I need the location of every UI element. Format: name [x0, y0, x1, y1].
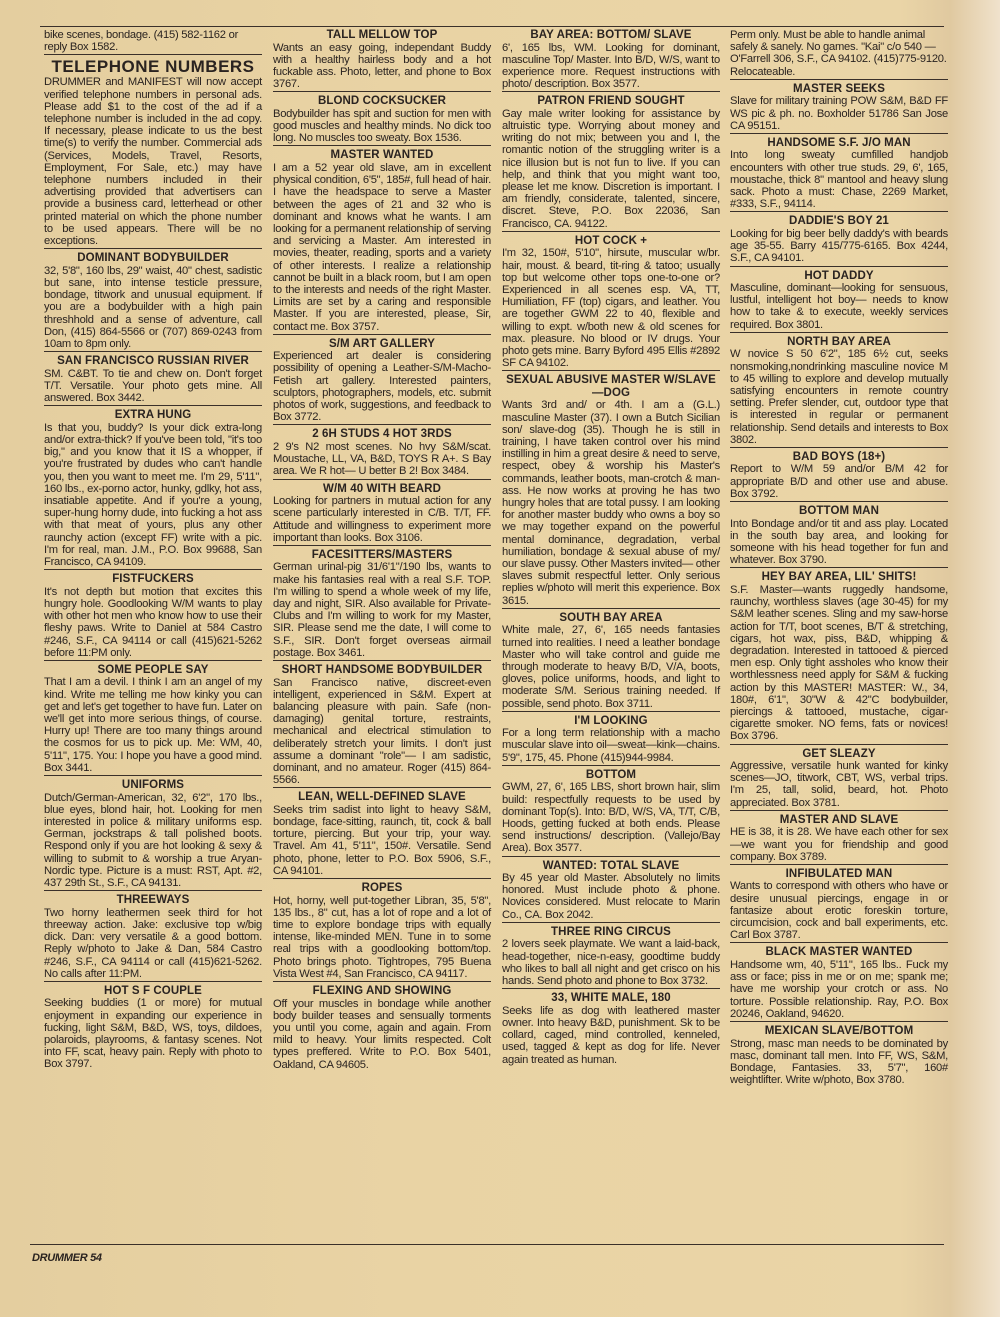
ad-body: Wants to correspond with others who have…: [730, 880, 948, 941]
ad-headline: NORTH BAY AREA: [730, 336, 948, 349]
ad-body: Off your muscles in bondage while anothe…: [273, 998, 491, 1071]
ad-headline: BAY AREA: BOTTOM/ SLAVE: [502, 29, 720, 42]
ad-headline: UNIFORMS: [44, 779, 262, 792]
ad-body: W novice S 50 6'2", 185 6½ cut, seeks no…: [730, 348, 948, 446]
ad-body: Wants 3rd and/ or 4th. I am a (G.L.) mas…: [502, 399, 720, 606]
classified-ad: HANDSOME S.F. J/O MANInto long sweaty cu…: [730, 136, 948, 213]
ad-headline: PATRON FRIEND SOUGHT: [502, 95, 720, 108]
ad-headline: SOME PEOPLE SAY: [44, 664, 262, 677]
column-1: bike scenes, bondage. (415) 582-1162 or …: [44, 28, 262, 1074]
ad-body: Perm only. Must be able to handle animal…: [730, 29, 948, 78]
classified-ad: BLACK MASTER WANTEDHandsome wm, 40, 5'11…: [730, 945, 948, 1022]
classified-ad: DADDIE'S BOY 21Looking for big beer bell…: [730, 214, 948, 266]
ad-body: White male, 27, 6', 165 needs fantasies …: [502, 624, 720, 709]
classified-ad: LEAN, WELL-DEFINED SLAVESeeks trim sadis…: [273, 790, 491, 879]
ad-headline: W/M 40 WITH BEARD: [273, 483, 491, 496]
classified-ad: BOTTOMGWM, 27, 6', 165 LBS, short brown …: [502, 768, 720, 857]
ad-headline: HOT S F COUPLE: [44, 985, 262, 998]
ad-headline: SOUTH BAY AREA: [502, 612, 720, 625]
ad-headline: 33, WHITE MALE, 180: [502, 992, 720, 1005]
classified-ad: BOTTOM MANInto Bondage and/or tit and as…: [730, 504, 948, 568]
classified-ad: 33, WHITE MALE, 180Seeks life as dog wit…: [502, 991, 720, 1067]
ad-headline: THREEWAYS: [44, 894, 262, 907]
bottom-rule: [30, 1244, 944, 1245]
ad-headline: 2 6H STUDS 4 HOT 3RDS: [273, 428, 491, 441]
ad-headline: ROPES: [273, 882, 491, 895]
ad-body: German urinal-pig 31/6'1"/190 lbs, wants…: [273, 561, 491, 659]
classified-ad: FISTFUCKERSIt's not depth but motion tha…: [44, 572, 262, 661]
classified-ad: THREEWAYSTwo horny leathermen seek third…: [44, 893, 262, 982]
classified-ad: GET SLEAZYAggressive, versatile hunk wan…: [730, 747, 948, 811]
column-2: TALL MELLOW TOPWants an easy going, inde…: [273, 28, 491, 1074]
classified-ad: TALL MELLOW TOPWants an easy going, inde…: [273, 28, 491, 92]
ad-headline: BAD BOYS (18+): [730, 451, 948, 464]
ad-headline: SHORT HANDSOME BODYBUILDER: [273, 664, 491, 677]
ad-body: Into long sweaty cumfilled handjob encou…: [730, 149, 948, 210]
ad-headline: WANTED: TOTAL SLAVE: [502, 860, 720, 873]
ad-headline: EXTRA HUNG: [44, 409, 262, 422]
ad-headline: SEXUAL ABUSIVE MASTER W/SLAVE—DOG: [502, 374, 720, 399]
classified-ad: S/M ART GALLERYExperienced art dealer is…: [273, 337, 491, 426]
classified-ad: UNIFORMSDutch/German-American, 32, 6'2",…: [44, 778, 262, 891]
classified-ad: MASTER WANTEDI am a 52 year old slave, a…: [273, 148, 491, 334]
ad-body: S.F. Master—wants ruggedly handsome, rau…: [730, 584, 948, 743]
classified-ad: HOT COCK +I'm 32, 150#, 5'10", hirsute, …: [502, 234, 720, 372]
top-rule: [40, 26, 944, 27]
ad-headline: FLEXING AND SHOWING: [273, 985, 491, 998]
classified-ad: W/M 40 WITH BEARDLooking for partners in…: [273, 482, 491, 546]
ad-body: Two horny leathermen seek third for hot …: [44, 907, 262, 980]
ad-body: Gay male writer looking for assistance b…: [502, 108, 720, 230]
ad-headline: DADDIE'S BOY 21: [730, 215, 948, 228]
classified-ad: SOUTH BAY AREAWhite male, 27, 6', 165 ne…: [502, 611, 720, 712]
ad-body: Is that you, buddy? Is your dick extra-l…: [44, 422, 262, 568]
classified-ad: bike scenes, bondage. (415) 582-1162 or …: [44, 28, 262, 55]
ad-body: Slave for military training POW S&M, B&D…: [730, 95, 948, 132]
classified-ad: HEY BAY AREA, LIL' SHITS!S.F. Master—wan…: [730, 570, 948, 744]
ad-body: GWM, 27, 6', 165 LBS, short brown hair, …: [502, 781, 720, 854]
ad-headline: FISTFUCKERS: [44, 573, 262, 586]
classified-ad: SHORT HANDSOME BODYBUILDERSan Francisco …: [273, 663, 491, 788]
classified-ad: ROPESHot, horny, well put-together Libra…: [273, 881, 491, 982]
classified-ad: MASTER AND SLAVEHE is 38, it is 28. We h…: [730, 813, 948, 865]
ad-body: Aggressive, versatile hunk wanted for ki…: [730, 760, 948, 809]
classified-ad: SAN FRANCISCO RUSSIAN RIVERSM. C&BT. To …: [44, 354, 262, 406]
ad-body: It's not depth but motion that excites t…: [44, 586, 262, 659]
ad-body: 6', 165 lbs, WM. Looking for dominant, m…: [502, 42, 720, 91]
classified-ad: FLEXING AND SHOWINGOff your muscles in b…: [273, 984, 491, 1072]
magazine-page: bike scenes, bondage. (415) 582-1162 or …: [40, 8, 940, 1258]
ad-body: That I am a devil. I think I am an angel…: [44, 676, 262, 774]
ad-headline: BLACK MASTER WANTED: [730, 946, 948, 959]
ad-body: 32, 5'8", 160 lbs, 29" waist, 40" chest,…: [44, 265, 262, 350]
classified-ad: 2 6H STUDS 4 HOT 3RDS2 9's N2 most scene…: [273, 427, 491, 479]
ad-headline: BOTTOM MAN: [730, 505, 948, 518]
ad-headline: BOTTOM: [502, 769, 720, 782]
ad-body: Looking for big beer belly daddy's with …: [730, 228, 948, 265]
classified-ad: MEXICAN SLAVE/BOTTOMStrong, masc man nee…: [730, 1024, 948, 1087]
classified-ad: PATRON FRIEND SOUGHTGay male writer look…: [502, 94, 720, 232]
ad-body: Handsome wm, 40, 5'11", 165 lbs.. Fuck m…: [730, 959, 948, 1020]
classified-ad: EXTRA HUNGIs that you, buddy? Is your di…: [44, 408, 262, 570]
ad-headline: MEXICAN SLAVE/BOTTOM: [730, 1025, 948, 1038]
ad-headline: DOMINANT BODYBUILDER: [44, 252, 262, 265]
classified-ad: MASTER SEEKSSlave for military training …: [730, 82, 948, 134]
ad-body: Masculine, dominant—looking for sensuous…: [730, 282, 948, 331]
classified-ad: THREE RING CIRCUS2 lovers seek playmate.…: [502, 925, 720, 989]
classified-ad: Perm only. Must be able to handle animal…: [730, 28, 948, 80]
ad-headline: HANDSOME S.F. J/O MAN: [730, 137, 948, 150]
ad-body: DRUMMER and MANIFEST will now accept ver…: [44, 76, 262, 247]
ad-headline: S/M ART GALLERY: [273, 338, 491, 351]
classified-ad: FACESITTERS/MASTERSGerman urinal-pig 31/…: [273, 548, 491, 661]
classified-ad: HOT S F COUPLESeeking buddies (1 or more…: [44, 984, 262, 1072]
ad-headline: HOT DADDY: [730, 270, 948, 283]
ad-body: SM. C&BT. To tie and chew on. Don't forg…: [44, 368, 262, 405]
ad-body: Looking for partners in mutual action fo…: [273, 495, 491, 544]
ad-body: By 45 year old Master. Absolutely no lim…: [502, 872, 720, 921]
ad-body: 2 9's N2 most scenes. No hvy S&M/scat. M…: [273, 441, 491, 478]
ad-headline: INFIBULATED MAN: [730, 868, 948, 881]
column-3: BAY AREA: BOTTOM/ SLAVE6', 165 lbs, WM. …: [502, 28, 720, 1069]
classified-ad: I'M LOOKINGFor a long term relationship …: [502, 714, 720, 766]
ad-body: HE is 38, it is 28. We have each other f…: [730, 826, 948, 863]
ad-headline: MASTER SEEKS: [730, 83, 948, 96]
ad-body: Strong, masc man needs to be dominated b…: [730, 1038, 948, 1087]
ad-headline: MASTER AND SLAVE: [730, 814, 948, 827]
classified-ad: BAD BOYS (18+)Report to W/M 59 and/or B/…: [730, 450, 948, 502]
ad-headline: LEAN, WELL-DEFINED SLAVE: [273, 791, 491, 804]
ad-headline: BLOND COCKSUCKER: [273, 95, 491, 108]
classified-ad: BAY AREA: BOTTOM/ SLAVE6', 165 lbs, WM. …: [502, 28, 720, 92]
page-footer: DRUMMER 54: [32, 1252, 102, 1264]
ad-headline: MASTER WANTED: [273, 149, 491, 162]
column-4: Perm only. Must be able to handle animal…: [730, 28, 948, 1089]
ad-headline: I'M LOOKING: [502, 715, 720, 728]
ad-body: 2 lovers seek playmate. We want a laid-b…: [502, 938, 720, 987]
ad-body: Into Bondage and/or tit and ass play. Lo…: [730, 518, 948, 567]
ad-body: Wants an easy going, independant Buddy w…: [273, 42, 491, 91]
ad-headline: HOT COCK +: [502, 235, 720, 248]
ad-headline: GET SLEAZY: [730, 748, 948, 761]
ad-body: Experienced art dealer is considering po…: [273, 350, 491, 423]
ad-body: For a long term relationship with a mach…: [502, 727, 720, 764]
ad-body: bike scenes, bondage. (415) 582-1162 or …: [44, 29, 262, 53]
classified-ad: DOMINANT BODYBUILDER32, 5'8", 160 lbs, 2…: [44, 251, 262, 352]
ad-body: Seeks life as dog with leathered master …: [502, 1005, 720, 1066]
ad-body: Report to W/M 59 and/or B/M 42 for appro…: [730, 463, 948, 500]
ad-body: Dutch/German-American, 32, 6'2", 170 lbs…: [44, 792, 262, 890]
classified-ad: BLOND COCKSUCKERBodybuilder has spit and…: [273, 94, 491, 146]
classified-ad: INFIBULATED MANWants to correspond with …: [730, 867, 948, 944]
ad-body: San Francisco native, discreet-even inte…: [273, 677, 491, 787]
ad-body: Seeking buddies (1 or more) for mutual e…: [44, 997, 262, 1070]
ad-headline: SAN FRANCISCO RUSSIAN RIVER: [44, 355, 262, 368]
ad-headline: TELEPHONE NUMBERS: [44, 58, 262, 76]
classified-ad: TELEPHONE NUMBERSDRUMMER and MANIFEST wi…: [44, 57, 262, 249]
ad-body: I am a 52 year old slave, am in excellen…: [273, 162, 491, 333]
ad-body: I'm 32, 150#, 5'10", hirsute, muscular w…: [502, 247, 720, 369]
classified-ad: WANTED: TOTAL SLAVEBy 45 year old Master…: [502, 859, 720, 923]
classified-ad: SEXUAL ABUSIVE MASTER W/SLAVE—DOGWants 3…: [502, 373, 720, 608]
ad-body: Seeks trim sadist into light to heavy S&…: [273, 804, 491, 877]
ad-headline: HEY BAY AREA, LIL' SHITS!: [730, 571, 948, 584]
ad-headline: THREE RING CIRCUS: [502, 926, 720, 939]
classified-ad: SOME PEOPLE SAYThat I am a devil. I thin…: [44, 663, 262, 776]
classified-ad: HOT DADDYMasculine, dominant—looking for…: [730, 269, 948, 333]
ad-body: Bodybuilder has spit and suction for men…: [273, 108, 491, 145]
ad-headline: FACESITTERS/MASTERS: [273, 549, 491, 562]
ad-body: Hot, horny, well put-together Libran, 35…: [273, 895, 491, 980]
ad-headline: TALL MELLOW TOP: [273, 29, 491, 42]
classified-ad: NORTH BAY AREAW novice S 50 6'2", 185 6½…: [730, 335, 948, 448]
